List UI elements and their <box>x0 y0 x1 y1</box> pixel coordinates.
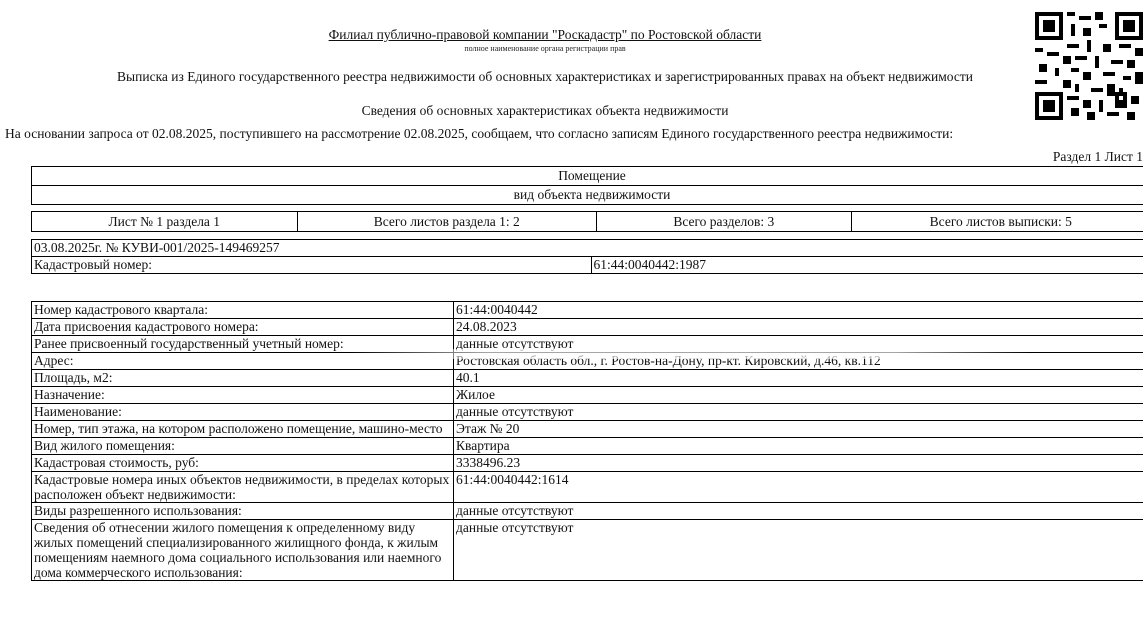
row-label: Кадастровые номера иных объектов недвижи… <box>32 472 454 503</box>
row-value: данные отсутствуют <box>454 336 1143 353</box>
row-value: Жилое <box>454 387 1143 404</box>
row-label: Вид жилого помещения: <box>32 438 454 455</box>
object-type-caption: вид объекта недвижимости <box>32 185 1143 204</box>
row-value: 61:44:0040442 <box>454 302 1143 319</box>
organization-caption: полное наименование органа регистрации п… <box>0 44 1090 53</box>
table-row: Номер кадастрового квартала:61:44:004044… <box>32 302 1143 319</box>
row-label: Виды разрешенного использования: <box>32 503 454 520</box>
sections-total: Всего разделов: 3 <box>597 212 852 231</box>
row-value: Этаж № 20 <box>454 421 1143 438</box>
section-title: Сведения об основных характеристиках объ… <box>0 103 1090 119</box>
row-value: данные отсутствуют <box>454 520 1143 581</box>
row-label: Номер кадастрового квартала: <box>32 302 454 319</box>
row-value: 40.1 <box>454 370 1143 387</box>
table-row: Ранее присвоенный государственный учетны… <box>32 336 1143 353</box>
table-row: Дата присвоения кадастрового номера:24.0… <box>32 319 1143 336</box>
row-label: Сведения об отнесении жилого помещения к… <box>32 520 454 581</box>
row-value: Квартира <box>454 438 1143 455</box>
row-value: 61:44:0040442:1614 <box>454 472 1143 503</box>
cadastral-number-label: Кадастровый номер: <box>32 257 592 274</box>
table-row: 03.08.2025г. № КУВИ-001/2025-149469257 <box>32 240 1143 257</box>
row-label: Кадастровая стоимость, руб: <box>32 455 454 472</box>
sheet-number: Лист № 1 раздела 1 <box>32 212 298 231</box>
row-label: Назначение: <box>32 387 454 404</box>
basis-text: На основании запроса от 02.08.2025, пост… <box>5 126 953 142</box>
table-row: Виды разрешенного использования:данные о… <box>32 503 1143 520</box>
table-row: Кадастровые номера иных объектов недвижи… <box>32 472 1143 503</box>
object-type-block: Помещение вид объекта недвижимости <box>31 166 1143 205</box>
row-value: 3338496.23 <box>454 455 1143 472</box>
record-date-number: 03.08.2025г. № КУВИ-001/2025-149469257 <box>32 240 1143 257</box>
row-label: Наименование: <box>32 404 454 421</box>
table-row: Номер, тип этажа, на котором расположено… <box>32 421 1143 438</box>
table-row: Кадастровый номер: 61:44:0040442:1987 <box>32 257 1143 274</box>
section-reference: Раздел 1 Лист 1 <box>1053 149 1143 165</box>
organization-name: Филиал публично-правовой компании "Роска… <box>0 27 1090 43</box>
object-type: Помещение <box>32 167 1143 185</box>
table-row: Площадь, м2:40.1 <box>32 370 1143 387</box>
row-value: данные отсутствуют <box>454 404 1143 421</box>
table-row: Сведения об отнесении жилого помещения к… <box>32 520 1143 581</box>
row-label: Дата присвоения кадастрового номера: <box>32 319 454 336</box>
sheet-info-row: Лист № 1 раздела 1 Всего листов раздела … <box>31 211 1143 232</box>
row-label: Ранее присвоенный государственный учетны… <box>32 336 454 353</box>
characteristics-table: Номер кадастрового квартала:61:44:004044… <box>31 301 1143 581</box>
extract-sheets-total: Всего листов выписки: 5 <box>852 212 1143 231</box>
row-label: Адрес: <box>32 353 454 370</box>
table-row: Наименование:данные отсутствуют <box>32 404 1143 421</box>
table-row: Адрес:Ростовская область обл., г. Ростов… <box>32 353 1143 370</box>
row-value: данные отсутствуют <box>454 503 1143 520</box>
row-label: Номер, тип этажа, на котором расположено… <box>32 421 454 438</box>
table-row: Назначение:Жилое <box>32 387 1143 404</box>
record-table: 03.08.2025г. № КУВИ-001/2025-149469257 К… <box>31 239 1143 274</box>
row-label: Площадь, м2: <box>32 370 454 387</box>
qr-code-icon <box>1035 12 1143 120</box>
extract-title: Выписка из Единого государственного реес… <box>0 69 1090 85</box>
table-row: Вид жилого помещения:Квартира <box>32 438 1143 455</box>
row-value: Ростовская область обл., г. Ростов-на-До… <box>454 353 1143 370</box>
cadastral-number-value: 61:44:0040442:1987 <box>591 257 1143 274</box>
section-sheets-total: Всего листов раздела 1: 2 <box>298 212 597 231</box>
table-row: Кадастровая стоимость, руб:3338496.23 <box>32 455 1143 472</box>
row-value: 24.08.2023 <box>454 319 1143 336</box>
